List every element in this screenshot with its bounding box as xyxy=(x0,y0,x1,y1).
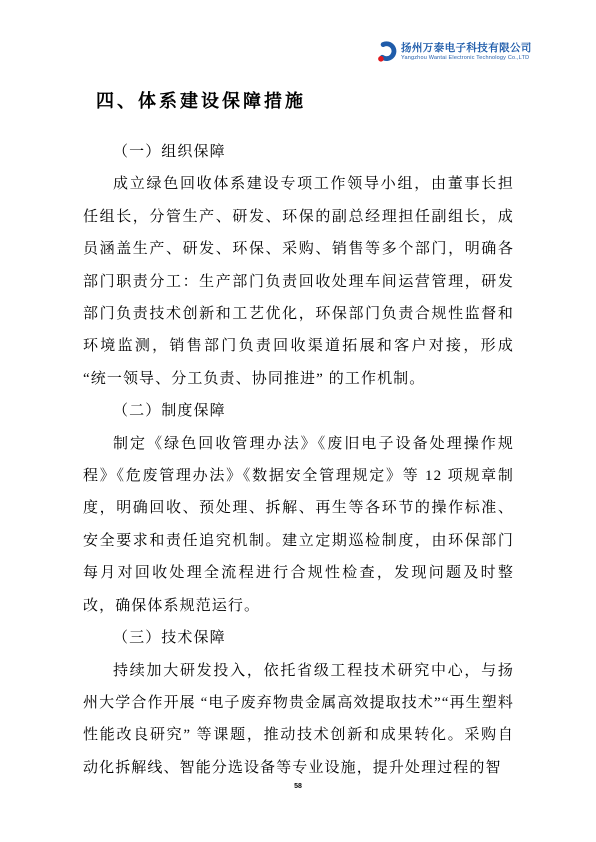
document-page: 扬州万泰电子科技有限公司 Yangzhou Wantai Electronic … xyxy=(0,0,596,842)
section-paragraph-2: 制定《绿色回收管理办法》《废旧电子设备处理操作规程》《危废管理办法》《数据安全管… xyxy=(83,428,514,622)
company-logo: 扬州万泰电子科技有限公司 Yangzhou Wantai Electronic … xyxy=(377,40,532,64)
section-paragraph-3: 持续加大研发投入，依托省级工程技术研究中心，与扬州大学合作开展 “电子废弃物贵金… xyxy=(83,655,514,785)
company-logo-icon xyxy=(377,40,398,64)
company-name-zh: 扬州万泰电子科技有限公司 xyxy=(401,43,532,55)
company-logo-text: 扬州万泰电子科技有限公司 Yangzhou Wantai Electronic … xyxy=(401,40,532,62)
section-heading-1: （一）组织保障 xyxy=(83,136,514,168)
company-name-en: Yangzhou Wantai Electronic Technology Co… xyxy=(401,55,532,62)
section-heading-2: （二）制度保障 xyxy=(83,395,514,427)
section-heading-3: （三）技术保障 xyxy=(83,622,514,654)
section-paragraph-1: 成立绿色回收体系建设专项工作领导小组，由董事长担任组长，分管生产、研发、环保的副… xyxy=(83,168,514,395)
document-title: 四、体系建设保障措施 xyxy=(96,87,306,113)
document-body: （一）组织保障 成立绿色回收体系建设专项工作领导小组，由董事长担任组长，分管生产… xyxy=(83,136,514,784)
page-number: 58 xyxy=(0,783,596,790)
